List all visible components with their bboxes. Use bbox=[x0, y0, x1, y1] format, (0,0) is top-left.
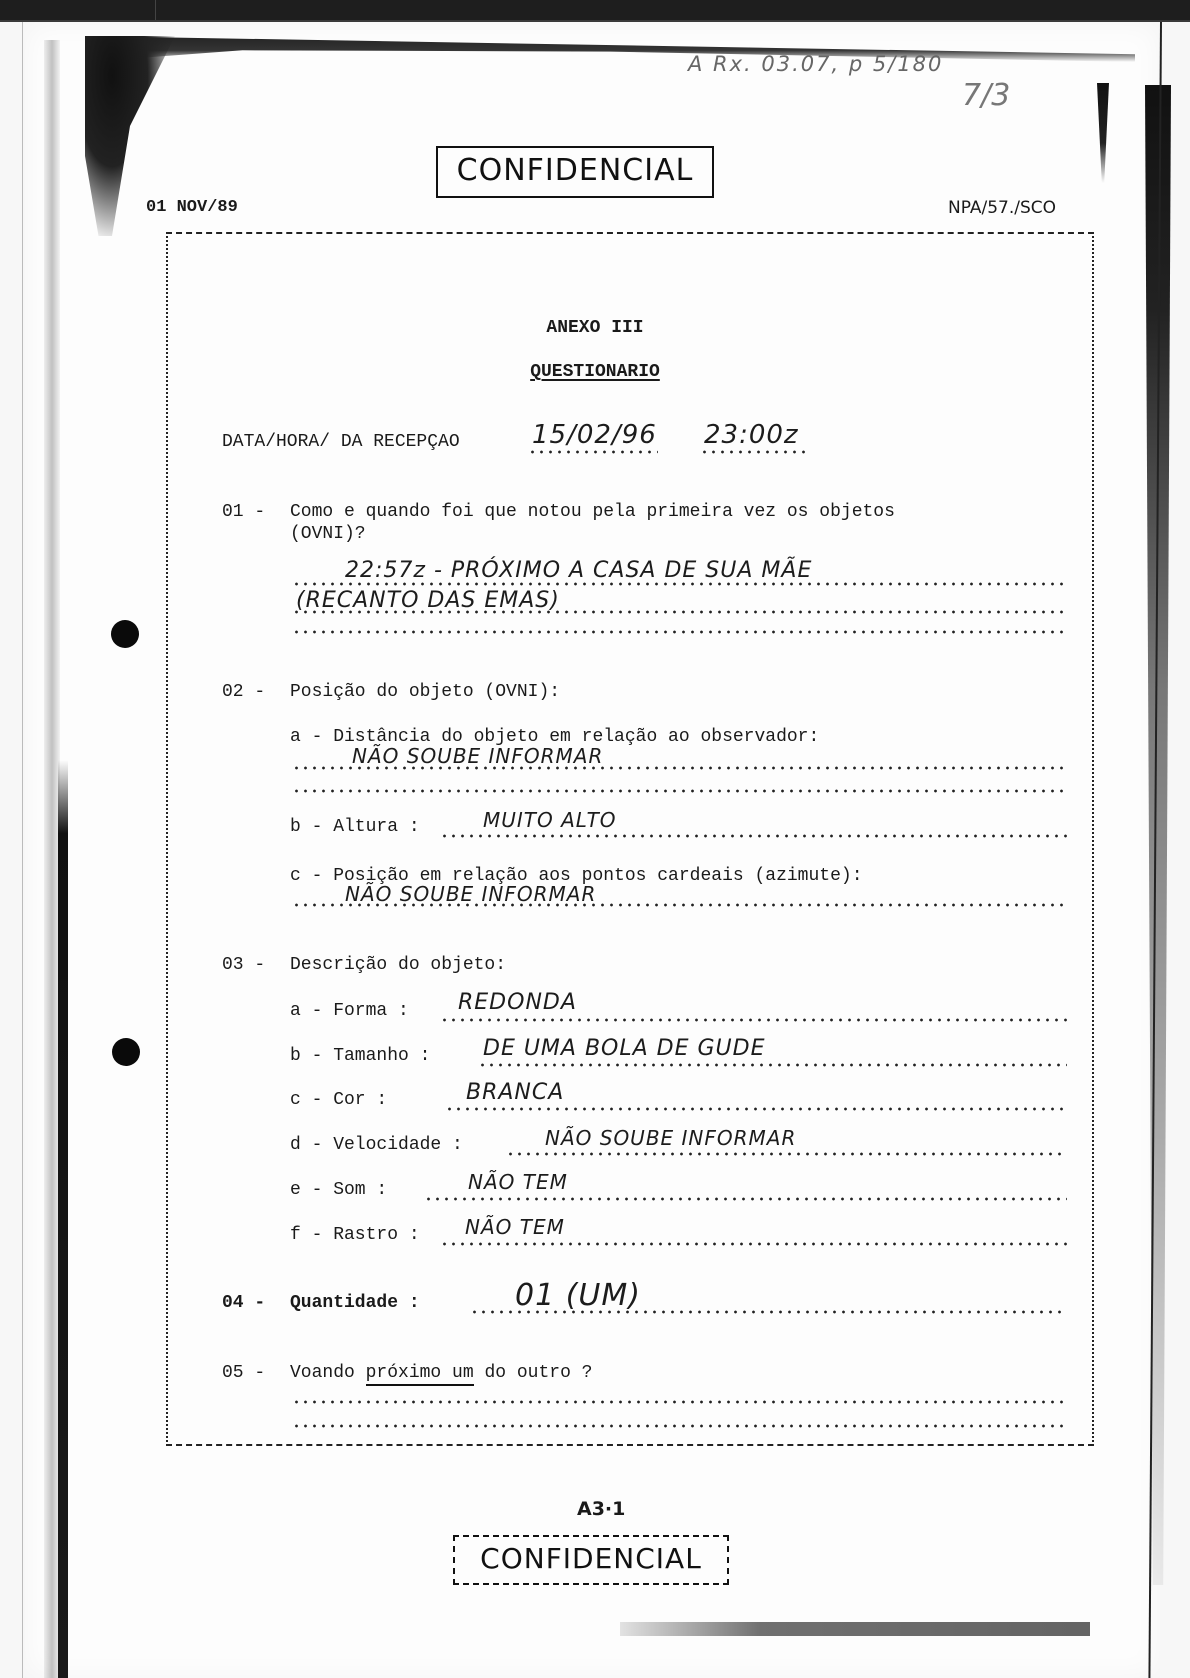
dotted-line bbox=[292, 630, 1067, 634]
page-edge bbox=[22, 22, 23, 1678]
confidential-stamp-bottom: CONFIDENCIAL bbox=[453, 1535, 729, 1585]
question-02b-label: b - Altura : bbox=[290, 817, 420, 837]
question-03a-answer: REDONDA bbox=[458, 990, 577, 1015]
question-05-text: Voando próximo um do outro ? bbox=[290, 1363, 592, 1383]
question-03-text: Descrição do objeto: bbox=[290, 955, 506, 975]
punch-hole-icon bbox=[111, 620, 139, 648]
confidential-stamp-top: CONFIDENCIAL bbox=[436, 146, 714, 198]
dotted-line bbox=[440, 1018, 1067, 1022]
punch-hole-icon bbox=[112, 1038, 140, 1066]
question-03e-answer: NÃO TEM bbox=[468, 1170, 568, 1194]
dotted-line bbox=[445, 1107, 1067, 1111]
question-01-number: 01 - bbox=[222, 502, 265, 522]
question-02-number: 02 - bbox=[222, 682, 265, 702]
scan-shadow bbox=[58, 760, 68, 1678]
dotted-line bbox=[292, 1400, 1067, 1404]
question-04-number: 04 - bbox=[222, 1293, 265, 1313]
question-03b-label: b - Tamanho : bbox=[290, 1046, 430, 1066]
dotted-line bbox=[506, 1152, 1067, 1156]
question-01-text-cont: (OVNI)? bbox=[290, 524, 366, 544]
question-03b-answer: DE UMA BOLA DE GUDE bbox=[483, 1036, 766, 1061]
dotted-line bbox=[478, 1063, 1067, 1067]
question-03c-answer: BRANCA bbox=[466, 1080, 564, 1105]
scan-shadow bbox=[620, 1622, 1090, 1636]
question-03c-label: c - Cor : bbox=[290, 1090, 387, 1110]
question-01-text: Como e quando foi que notou pela primeir… bbox=[290, 502, 895, 522]
annex-title: ANEXO III bbox=[0, 318, 1190, 338]
document-reference: NPA/57./SCO bbox=[948, 198, 1056, 218]
archive-reference: A Rx. 03.07, p 5/180 bbox=[688, 52, 943, 76]
question-03a-label: a - Forma : bbox=[290, 1001, 409, 1021]
question-03f-answer: NÃO TEM bbox=[465, 1215, 565, 1239]
dotted-line bbox=[700, 450, 810, 454]
dotted-line bbox=[292, 1424, 1067, 1428]
question-04-label: Quantidade : bbox=[290, 1293, 420, 1313]
reception-label: DATA/HORA/ DA RECEPÇAO bbox=[222, 432, 460, 452]
page-count: 7/3 bbox=[962, 78, 1010, 113]
question-01-answer-line1: 22:57z - PRÓXIMO A CASA DE SUA MÃE bbox=[345, 558, 812, 583]
question-03f-label: f - Rastro : bbox=[290, 1225, 420, 1245]
dotted-line bbox=[528, 450, 658, 454]
question-03d-answer: NÃO SOUBE INFORMAR bbox=[545, 1126, 796, 1150]
question-02c-answer: NÃO SOUBE INFORMAR bbox=[345, 882, 596, 906]
dotted-line bbox=[292, 789, 1067, 793]
viewer-top-bar bbox=[0, 0, 1190, 22]
question-03e-label: e - Som : bbox=[290, 1180, 387, 1200]
toolbar-divider bbox=[155, 0, 156, 20]
question-02-text: Posição do objeto (OVNI): bbox=[290, 682, 560, 702]
question-02a-answer: NÃO SOUBE INFORMAR bbox=[352, 744, 603, 768]
question-03d-label: d - Velocidade : bbox=[290, 1135, 463, 1155]
question-02b-answer: MUITO ALTO bbox=[483, 808, 617, 832]
dotted-line bbox=[424, 1197, 1067, 1201]
reception-time-value: 23:00z bbox=[704, 420, 799, 450]
page-number: A3·1 bbox=[577, 1498, 625, 1520]
question-03-number: 03 - bbox=[222, 955, 265, 975]
document-date: 01 NOV/89 bbox=[146, 198, 238, 217]
dotted-line bbox=[440, 834, 1067, 838]
questionnaire-title: QUESTIONARIO bbox=[0, 362, 1190, 382]
question-05-number: 05 - bbox=[222, 1363, 265, 1383]
form-frame bbox=[166, 232, 1094, 1446]
reception-date-value: 15/02/96 bbox=[532, 420, 657, 450]
question-01-answer-line2: (RECANTO DAS EMAS) bbox=[296, 588, 560, 613]
question-04-answer: 01 (UM) bbox=[515, 1278, 641, 1313]
dotted-line bbox=[440, 1242, 1067, 1246]
